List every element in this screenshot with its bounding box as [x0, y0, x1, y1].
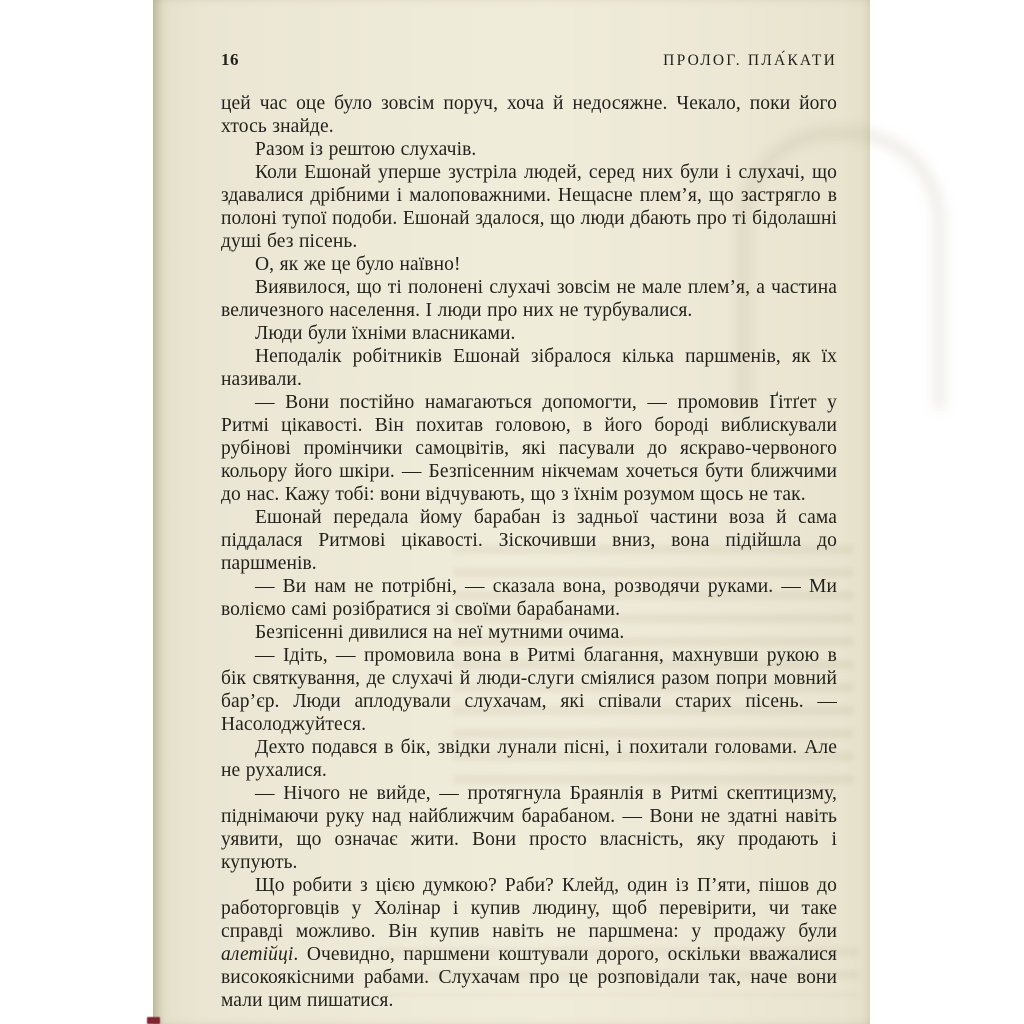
paragraph: — Нічого не вийде, — протягнула Браянлія…: [221, 782, 837, 874]
text-run: Виявилося, що ті полонені слухачі зовсім…: [221, 277, 837, 321]
paragraph: Ешонай передала йому барабан із задньої …: [221, 506, 837, 575]
paragraph: Коли Ешонай уперше зустріла людей, серед…: [221, 161, 837, 253]
paragraph: Безпісенні дивилися на неї мутними очима…: [221, 621, 837, 644]
text-run: Разом із рештою слухачів.: [255, 139, 476, 160]
text-run: Що робити з цією думкою? Раби? Клейд, од…: [221, 875, 837, 942]
text-run: — Вони постійно намагаються допомогти, —…: [221, 392, 837, 505]
text-run: — Нічого не вийде, — протягнула Браянлія…: [221, 783, 837, 873]
text-block: цей час оце було зовсім поруч, хоча й не…: [221, 92, 837, 1012]
paragraph: Неподалік робітників Ешонай зібралося кі…: [221, 345, 837, 391]
paragraph: цей час оце було зовсім поруч, хоча й не…: [221, 92, 837, 138]
book-page: 16 ПРОЛОГ. ПЛА́КАТИ цей час оце було зов…: [153, 0, 870, 1024]
paragraph: — Ідіть, — промовила вона в Ритмі благан…: [221, 644, 837, 736]
text-run: Дехто подався в бік, звідки лунали пісні…: [221, 737, 837, 781]
text-run: Ешонай передала йому барабан із задньої …: [221, 507, 837, 574]
text-run: Коли Ешонай уперше зустріла людей, серед…: [221, 162, 837, 252]
paragraph: — Вони постійно намагаються допомогти, —…: [221, 391, 837, 506]
italic-run: алетійці: [221, 944, 293, 965]
paragraph: Виявилося, що ті полонені слухачі зовсім…: [221, 276, 837, 322]
page-number: 16: [221, 50, 239, 70]
text-run: — Ідіть, — промовила вона в Ритмі благан…: [221, 645, 837, 735]
text-run: цей час оце було зовсім поруч, хоча й не…: [221, 93, 837, 137]
text-run: — Ви нам не потрібні, — сказала вона, ро…: [221, 576, 837, 620]
text-run: О, як же це було наївно!: [255, 254, 461, 275]
page-edge-red-mark: [147, 1017, 160, 1024]
running-header: ПРОЛОГ. ПЛА́КАТИ: [663, 52, 837, 70]
photo-background: 16 ПРОЛОГ. ПЛА́КАТИ цей час оце було зов…: [0, 0, 1024, 1024]
paragraph: Дехто подався в бік, звідки лунали пісні…: [221, 736, 837, 782]
page-header: 16 ПРОЛОГ. ПЛА́КАТИ: [221, 50, 837, 70]
text-run: Безпісенні дивилися на неї мутними очима…: [255, 622, 624, 643]
text-run: . Очевидно, паршмени коштували дорого, о…: [221, 944, 837, 1011]
text-run: Неподалік робітників Ешонай зібралося кі…: [221, 346, 837, 390]
paragraph: Люди були їхніми власниками.: [221, 322, 837, 345]
paragraph: Що робити з цією думкою? Раби? Клейд, од…: [221, 874, 837, 1012]
paragraph: Разом із рештою слухачів.: [221, 138, 837, 161]
paragraph: О, як же це було наївно!: [221, 253, 837, 276]
paragraph: — Ви нам не потрібні, — сказала вона, ро…: [221, 575, 837, 621]
text-run: Люди були їхніми власниками.: [255, 323, 515, 344]
